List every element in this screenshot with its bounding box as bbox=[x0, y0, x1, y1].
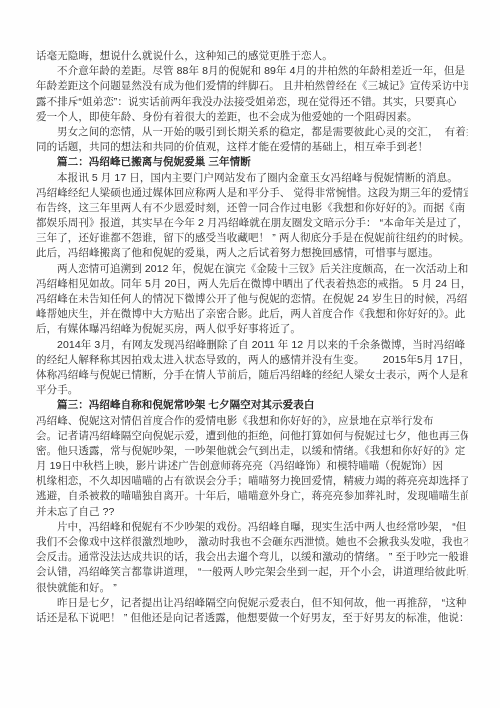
text-line: 冯绍峰相见如故。同年 5月 20日，两人先后在微博中晒出了代表着热恋的戒指。 5… bbox=[36, 277, 468, 292]
text-line: 都娱乐周刊》报道，其实早在今年 2 月冯绍峰就在朋友圈发文暗示分手： “本命年关… bbox=[36, 216, 468, 231]
text-line: 冯绍峰、倪妮这对情侣首度合作的爱情电影《我想和你好好的》，应景地在京举行发布 bbox=[36, 414, 468, 429]
section-heading: 篇二：冯绍峰已搬离与倪妮爱巢 三年情断 bbox=[36, 155, 468, 170]
text-line: 露不排斥“姐弟恋”：说实话前两年我没办法接受姐弟恋，现在觉得还不错。其实，只要真… bbox=[36, 95, 468, 110]
text-line: 并未忘了自己 ?? bbox=[36, 505, 468, 520]
text-line: 会。记者请冯绍峰隔空向倪妮示爱，遭到他的拒绝，问他打算如何与倪妮过七夕，他也再三… bbox=[36, 429, 468, 444]
text-line: 两人恋情可追溯到 2012 年，倪妮在演完《金陵十三钗》后关注度颇高，在一次活动… bbox=[36, 262, 468, 277]
text-line: 月 19日中秋档上映，影片讲述广告创意师蒋亮亮（冯绍峰饰）和模特喵喵（倪妮饰）因 bbox=[36, 459, 468, 474]
text-line: 逃避，自杀被救的喵喵独自离开。十年后，喵喵意外身亡，蒋亮亮参加葬礼时，发现喵喵生… bbox=[36, 489, 468, 504]
text-line: 布告终，这三年里两人有不少恩爱时刻，还曾一同合作过电影《我想和你好好的》。而据《… bbox=[36, 201, 468, 216]
text-line: 年龄差距这个问题显然没有成为他们爱情的绊脚石。 且井柏然曾经在《三城记》宣传采访… bbox=[36, 79, 468, 94]
text-line: 峰帮她庆生，并在微博中大方贴出了亲密合影。此后，两人首度合作《我想和你好好的》。… bbox=[36, 307, 468, 322]
text-line: 话毫无隐晦，想说什么就说什么，这种知己的感觉更胜于恋人。 bbox=[36, 49, 468, 64]
text-line: 体称冯绍峰与倪妮已情断，分手在情人节前后，随后冯绍峰的经纪人梁女士表示，两个人是… bbox=[36, 368, 468, 383]
text-line: 会认错，冯绍峰笑言都靠讲道理， “一般两人吵完架会坐到一起，开个小会，讲道理给彼… bbox=[36, 565, 468, 580]
text-line: 昨日是七夕，记者提出让冯绍峰隔空向倪妮示爱表白，但不知何故，他一再推辞， “这种 bbox=[36, 596, 468, 611]
text-line: 机缘相恋，不久却因喵喵的占有欲误会分手；喵喵努力挽回爱情，精疲力竭的蒋亮亮却选择… bbox=[36, 474, 468, 489]
text-line: 会反击。通常没法达成共识的话，我会出去遛个弯儿，以缓和激动的情绪。 ” 至于吵完… bbox=[36, 550, 468, 565]
text-line: 话还是私下说吧！ ” 但他还是向记者透露，他想要做一个好男友，至于好男友的标准，… bbox=[36, 611, 468, 626]
text-line: 平分手。 bbox=[36, 383, 468, 398]
document-text-block: 话毫无隐晦，想说什么就说什么，这种知己的感觉更胜于恋人。不介意年龄的差距。尽管 … bbox=[36, 49, 468, 626]
text-line: 三年了，还好谁都不怨谁，留下的感受当收藏吧！ ” 两人彻底分手是在倪妮前往纽约的… bbox=[36, 231, 468, 246]
text-line: 不介意年龄的差距。尽管 88年 8月的倪妮和 89年 4月的井柏然的年龄相差近一… bbox=[36, 64, 468, 79]
document-page: 话毫无隐晦，想说什么就说什么，这种知己的感觉更胜于恋人。不介意年龄的差距。尽管 … bbox=[0, 0, 500, 708]
text-line: 同的话题，共同的想法和共同的价值观，这样才能在爱情的基础上，相互牵手到老！ bbox=[36, 140, 468, 155]
text-line: 片中，冯绍峰和倪妮有不少吵架的戏份。冯绍峰自曝，现实生活中两人也经常吵架， “但 bbox=[36, 520, 468, 535]
text-line: 后，有媒体曝冯绍峰为倪妮买房，两人似乎好事将近了。 bbox=[36, 322, 468, 337]
text-line: 的经纪人解释称其因拍戏太进入状态导致的，两人的感情并没有生变。 2015年5月 … bbox=[36, 353, 468, 368]
text-line: 冯绍峰在未告知任何人的情况下微博公开了他与倪妮的恋情。在倪妮 24 岁生日的时候… bbox=[36, 292, 468, 307]
section-heading: 篇三：冯绍峰自称和倪妮常吵架 七夕隔空对其示爱表白 bbox=[36, 398, 468, 413]
text-line: 本报讯 5 月 17 日，国内主要门户网站发布了圈内金童玉女冯绍峰与倪妮情断的消… bbox=[36, 171, 468, 186]
text-line: 我们不会像戏中这样很激烈地吵， 激动时我也不会砸东西泄愤。她也不会揪我头发啦，我… bbox=[36, 535, 468, 550]
text-line: 2014年 3月，有网友发现冯绍峰删除了自 2011 年 12 月以来的千余条微… bbox=[36, 338, 468, 353]
text-line: 爱一个人，即使年龄、身份有着很大的差距，也不会成为他爱她的一个阻碍因素。 bbox=[36, 110, 468, 125]
text-line: 此后，冯绍峰搬离了他和倪妮的爱巢，两人之后试着努力想挽回感情，可惜事与愿违。 bbox=[36, 246, 468, 261]
text-line: 很快就能和好。 ” bbox=[36, 581, 468, 596]
text-line: 冯绍峰经纪人梁硕也通过媒体回应称两人是和平分手、 觉得非常惋惜。这段为期三年的爱… bbox=[36, 186, 468, 201]
text-line: 密。他只透露，常与倪妮吵架，一吵架他就会气到出走，以缓和情绪。《我想和你好好的》… bbox=[36, 444, 468, 459]
text-line: 男女之间的恋情，从一开始的吸引到长期关系的稳定，都是需要彼此心灵的交汇， 有着共 bbox=[36, 125, 468, 140]
